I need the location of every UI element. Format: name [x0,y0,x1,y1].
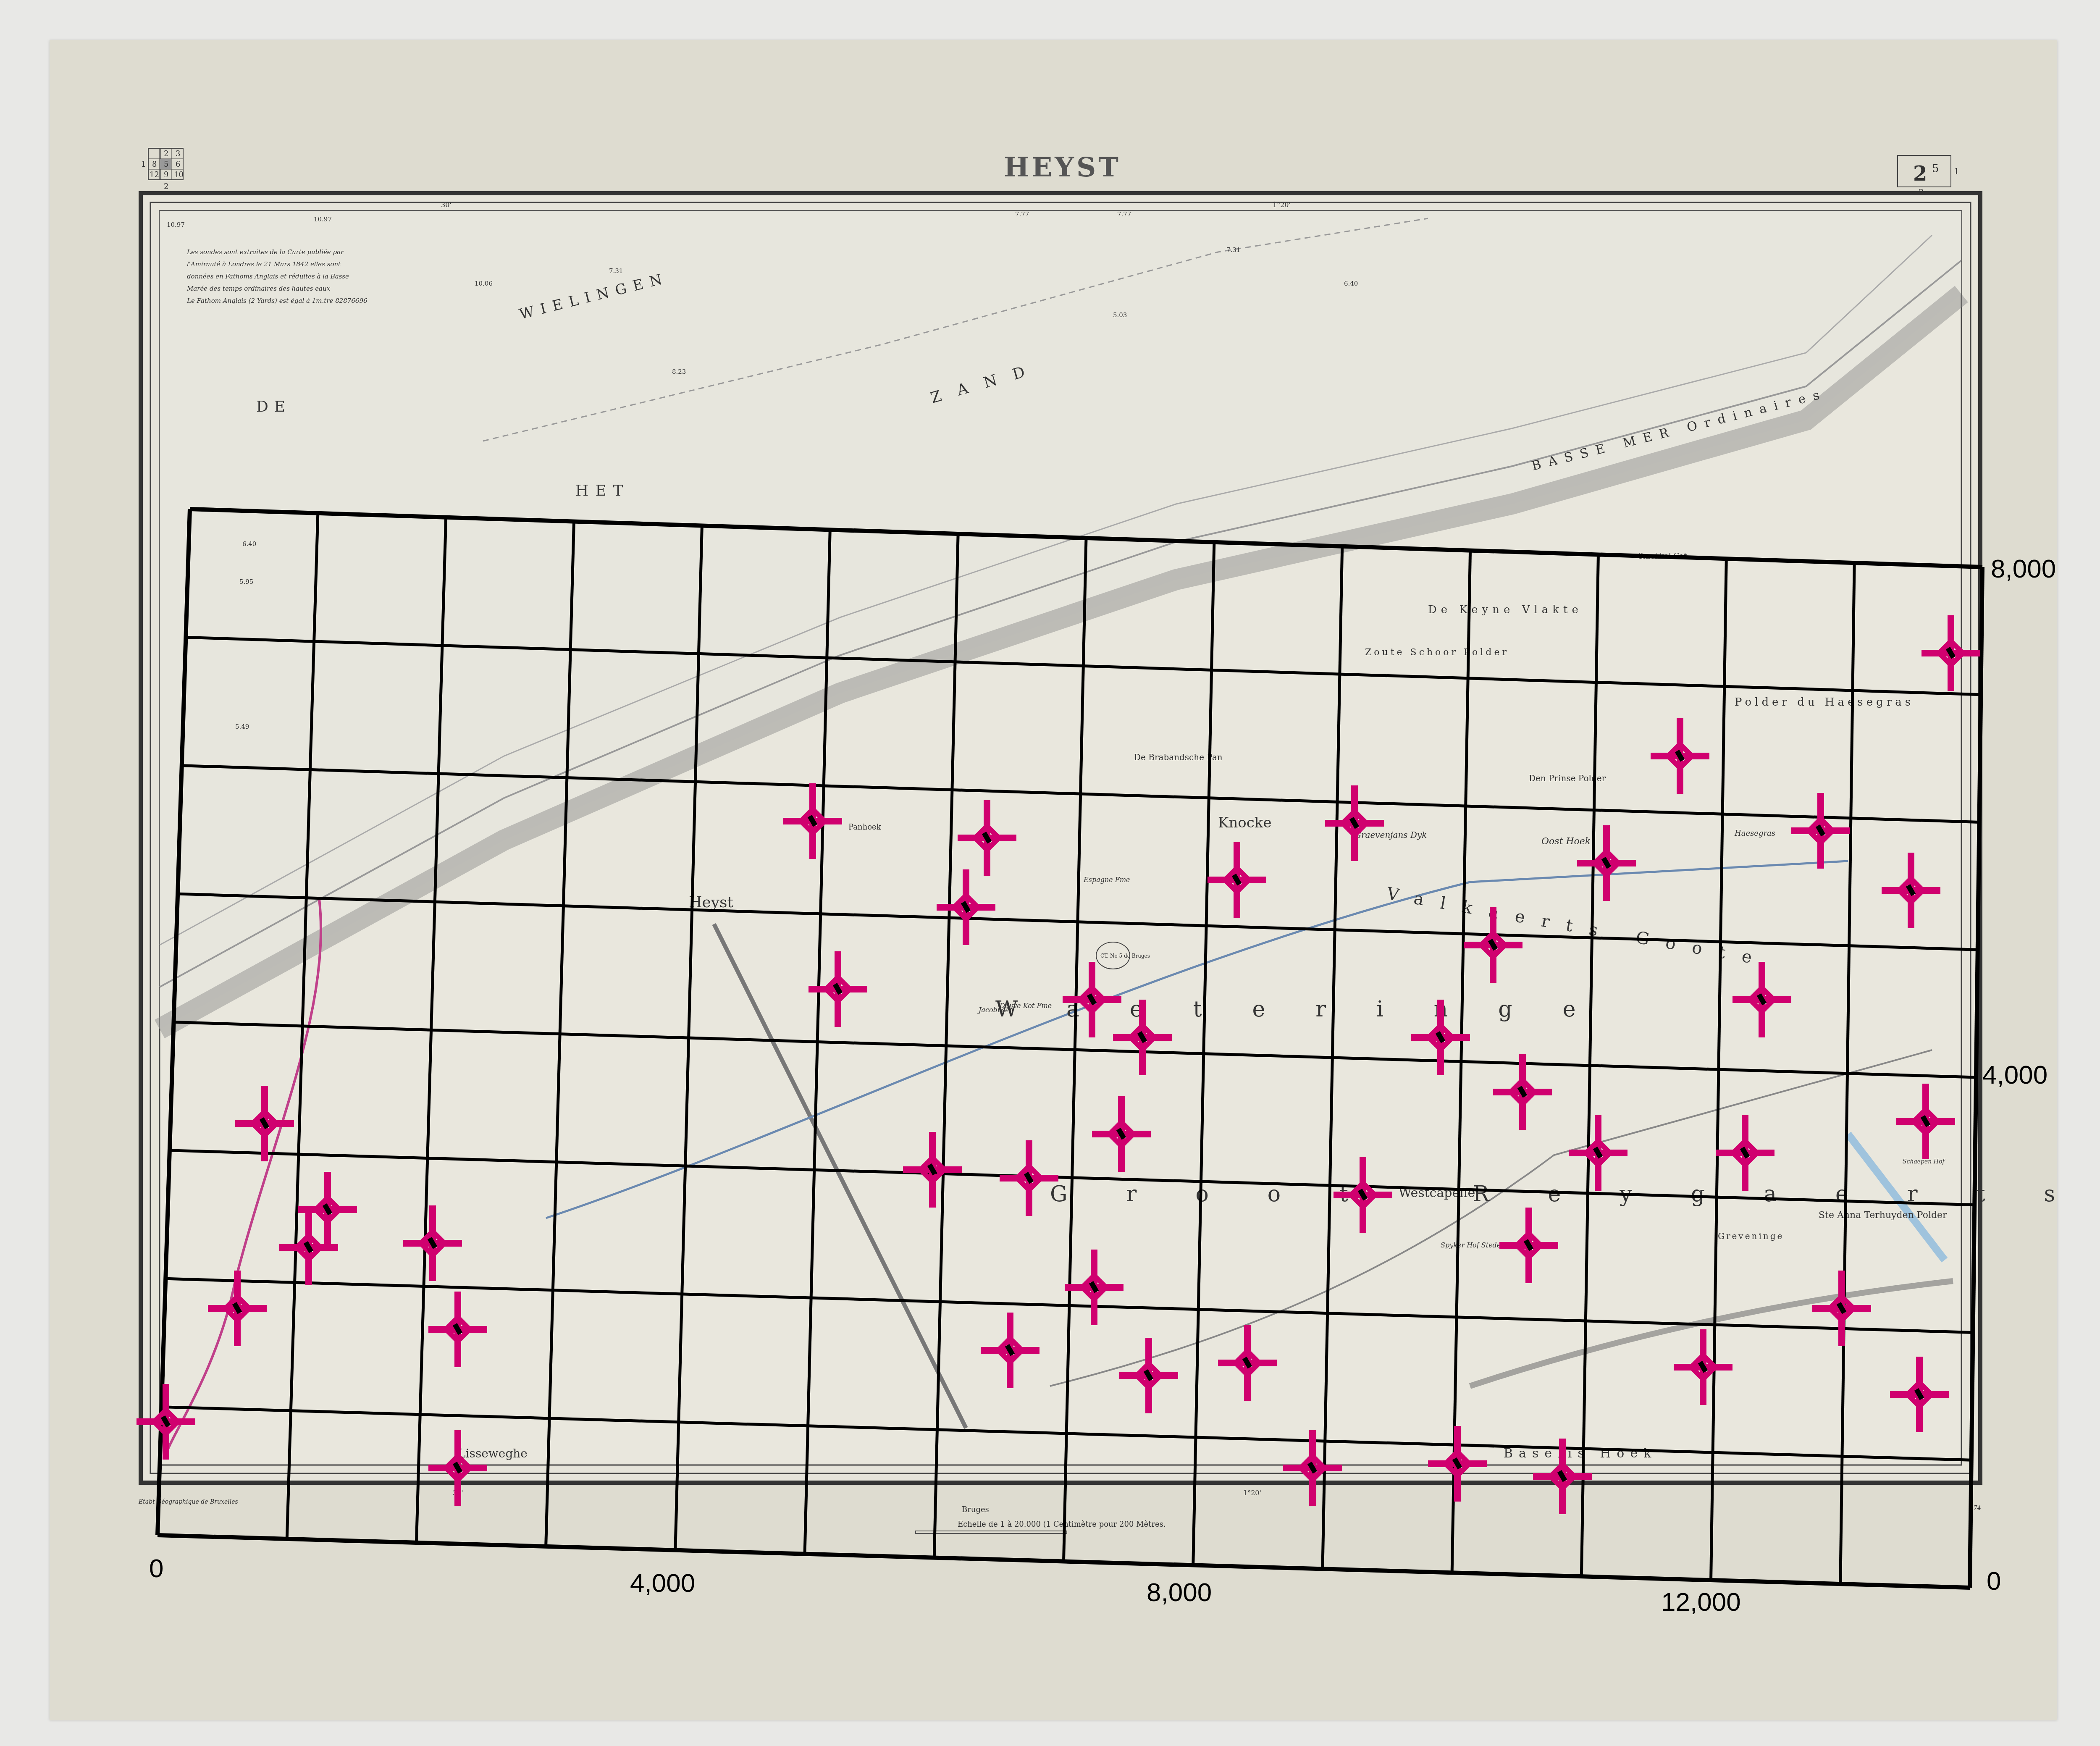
svg-text:30': 30' [441,201,451,209]
svg-text:6.40: 6.40 [242,540,256,548]
x-axis-label-0: 0 [149,1554,163,1583]
svg-text:DE: DE [256,398,291,415]
svg-text:7.77: 7.77 [1117,210,1131,218]
svg-text:Bruges: Bruges [962,1505,989,1514]
svg-text:données en Fathoms Anglais et: données en Fathoms Anglais et réduites à… [187,273,349,280]
svg-text:8.23: 8.23 [672,368,686,375]
svg-text:Spyker Hof Stede: Spyker Hof Stede [1441,1241,1501,1249]
sheet-index-grid: 23 856 12910 12 [141,148,184,191]
svg-text:Haesegras: Haesegras [1734,829,1775,838]
y-axis-label-0: 0 [1987,1567,2001,1596]
svg-text:5: 5 [1932,163,1939,175]
svg-text:Ste Anna Terhuyden Polder: Ste Anna Terhuyden Polder [1819,1210,1947,1221]
map-canvas[interactable]: HEYST 23 856 12910 12 2 5 1 2 Les sondes… [0,0,2100,1746]
svg-text:CT. No 5 de Bruges: CT. No 5 de Bruges [1100,953,1150,959]
svg-text:6: 6 [176,160,180,169]
svg-text:1: 1 [1954,166,1959,176]
svg-text:9: 9 [164,171,168,179]
svg-text:7.77: 7.77 [1015,210,1029,218]
svg-text:10: 10 [174,171,184,179]
svg-text:10.97: 10.97 [314,215,332,223]
x-axis-label-12000: 12,000 [1661,1588,1741,1617]
svg-text:7.31: 7.31 [1226,246,1240,254]
svg-text:5: 5 [164,160,168,169]
svg-text:2: 2 [1913,162,1927,186]
svg-text:Echelle de 1 à 20.000 (1 Centi: Echelle de 1 à 20.000 (1 Centimètre pour… [958,1520,1166,1529]
svg-text:Zoute Schoor Polder: Zoute Schoor Polder [1365,647,1509,658]
svg-text:Heyst: Heyst [689,894,734,911]
svg-text:Etabt Géographique de Bruxelle: Etabt Géographique de Bruxelles [138,1499,238,1505]
svg-text:Panhoek: Panhoek [848,823,882,832]
svg-text:Espagne Fme: Espagne Fme [1083,876,1130,884]
scale-bar [916,1531,1067,1533]
svg-text:Schaepen Hof: Schaepen Hof [1903,1158,1945,1165]
svg-text:2: 2 [164,150,168,158]
y-axis-label-8000: 8,000 [1991,554,2056,583]
svg-text:Graevenjans Dyk: Graevenjans Dyk [1354,830,1427,840]
svg-text:Polder du Haesegras: Polder du Haesegras [1735,696,1914,709]
svg-text:Marée des temps ordinaires des: Marée des temps ordinaires des hautes ea… [186,285,331,292]
svg-text:5.49: 5.49 [235,723,249,730]
svg-text:HET: HET [575,482,630,499]
svg-text:Knocke: Knocke [1218,814,1272,831]
svg-text:l'Amirauté à Londres le 21 Mar: l'Amirauté à Londres le 21 Mars 1842 ell… [187,260,341,268]
y-axis-label-4000: 4,000 [1982,1061,2047,1090]
svg-text:2: 2 [1919,187,1924,197]
svg-text:3: 3 [176,150,180,158]
svg-text:2: 2 [164,182,168,191]
svg-text:5.95: 5.95 [239,578,253,586]
svg-text:1°20': 1°20' [1273,201,1291,209]
svg-text:1: 1 [141,160,146,169]
svg-text:De Keyne Vlakte: De Keyne Vlakte [1428,604,1583,616]
svg-text:1°20': 1°20' [1243,1489,1261,1497]
svg-text:10.97: 10.97 [167,221,185,228]
svg-text:12: 12 [150,171,159,179]
map-title: HEYST [1004,152,1121,183]
svg-text:5.03: 5.03 [1113,311,1127,319]
svg-text:10.06: 10.06 [475,280,493,287]
x-axis-label-4000: 4,000 [630,1569,695,1598]
svg-text:7.31: 7.31 [609,267,623,275]
svg-text:8: 8 [152,160,157,169]
x-axis-label-8000: 8,000 [1147,1578,1212,1607]
svg-text:6.40: 6.40 [1344,280,1358,287]
svg-text:Lisseweghe: Lisseweghe [458,1447,528,1460]
svg-text:Greveninge: Greveninge [1718,1231,1784,1241]
svg-text:Le Fathom Anglais (2 Yards) es: Le Fathom Anglais (2 Yards) est égal à 1… [186,297,367,305]
svg-text:Les sondes sont extraites de l: Les sondes sont extraites de la Carte pu… [186,248,344,256]
svg-text:Oost Hoek: Oost Hoek [1541,836,1591,847]
